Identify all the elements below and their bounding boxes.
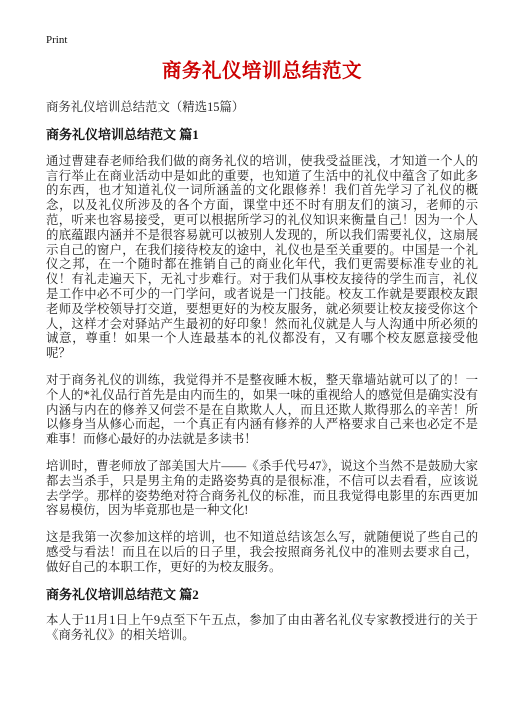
section-heading: 商务礼仪培训总结范文 篇1 [46, 127, 478, 143]
article-section: 商务礼仪培训总结范文 篇2 本人于11月1日上午9点至下午五点，参加了由由著名礼… [46, 587, 478, 643]
paragraph: 这是我第一次参加这样的培训，也不知道总结该怎么写，就随便说了些自己的感受与看法！… [46, 530, 478, 574]
page-title: 商务礼仪培训总结范文 [46, 60, 478, 84]
paragraph: 培训时，曹老师放了部美国大片——《杀手代号47》，说这个当然不是鼓励大家都去当杀… [46, 459, 478, 518]
collection-subtitle: 商务礼仪培训总结范文（精选15篇） [46, 100, 478, 115]
section-heading: 商务礼仪培训总结范文 篇2 [46, 587, 478, 603]
article-body: 商务礼仪培训总结范文 篇1 通过曹建春老师给我们做的商务礼仪的培训，使我受益匪浅… [46, 127, 478, 643]
print-link[interactable]: Print [46, 34, 67, 46]
paragraph: 对于商务礼仪的训练，我觉得并不是整夜睡木板，整天靠墙站就可以了的！一个人的*礼仪… [46, 373, 478, 447]
article-section: 商务礼仪培训总结范文 篇1 通过曹建春老师给我们做的商务礼仪的培训，使我受益匪浅… [46, 127, 478, 574]
paragraph: 通过曹建春老师给我们做的商务礼仪的培训，使我受益匪浅，才知道一个人的言行举止在商… [46, 154, 478, 361]
paragraph: 本人于11月1日上午9点至下午五点，参加了由由著名礼仪专家教授进行的关于《商务礼… [46, 613, 478, 643]
document-page: Print 商务礼仪培训总结范文 商务礼仪培训总结范文（精选15篇） 商务礼仪培… [0, 0, 520, 718]
